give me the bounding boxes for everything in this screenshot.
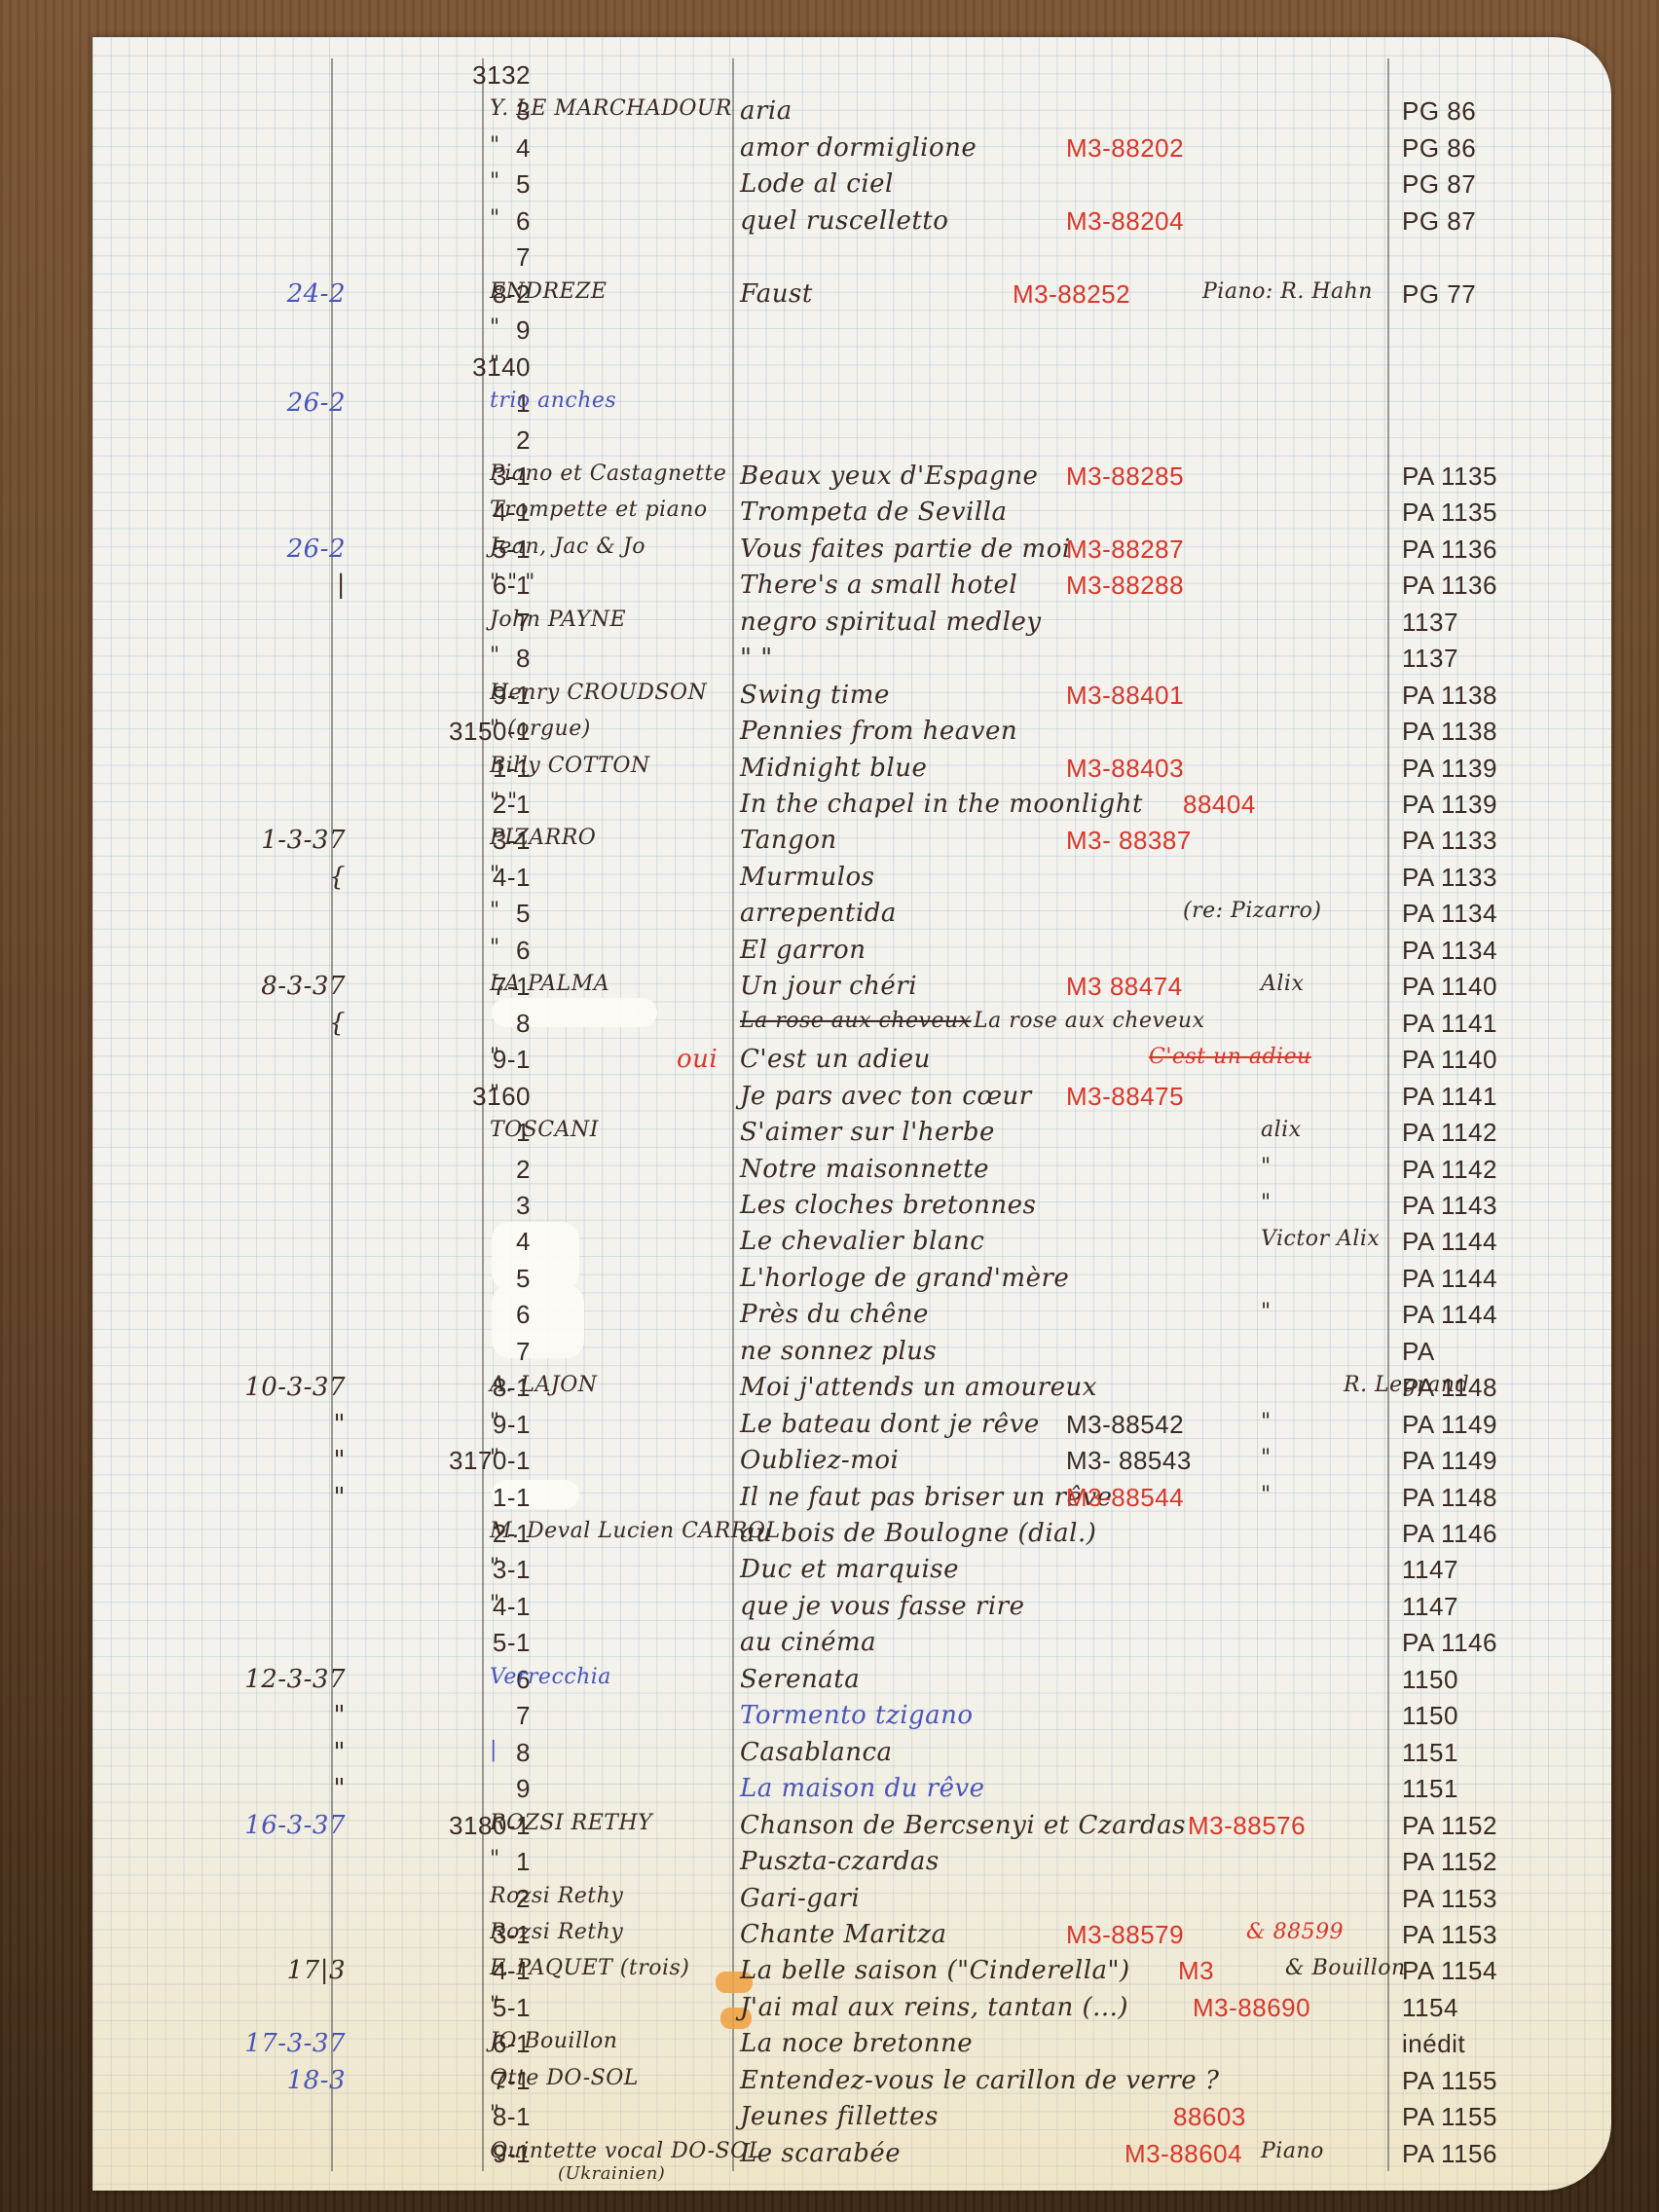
entry-date: 17|3 [170,1956,346,1985]
ledger-row: 5-1"J'ai mal aux reins, tantan (...)M3-8… [92,1989,1611,2025]
ledger-row: 3160"Je pars avec ton cœurM3-88475PA 114… [92,1078,1611,1114]
catalogue-number: PA 1138 [1402,681,1597,711]
ledger-row: 8-1"Jeunes fillettes88603PA 1155 [92,2098,1611,2134]
song-title: Murmulos [740,863,1159,892]
song-title: Jeunes fillettes [740,2102,1159,2131]
ledger-row: 1-3-373-1PIZARROTangonM3- 88387PA 1133 [92,822,1611,858]
catalogue-number: PA 1153 [1402,1920,1597,1950]
ledger-row: 2 [92,422,1611,458]
ledger-row: 1-1Billy COTTONMidnight blueM3-88403PA 1… [92,750,1611,786]
matrix-number: 2 [336,425,531,456]
ledger-row: 1"Puszta-czardasPA 1152 [92,1843,1611,1879]
song-title: La maison du rêve [740,1774,1159,1803]
song-title: Gari-gari [740,1884,1159,1913]
ledger-row: 3Y. LE MARCHADOURariaPG 86 [92,92,1611,129]
song-title: aria [740,96,1159,126]
song-title: C'est un adieu [740,1045,1159,1074]
catalogue-number: PA 1148 [1402,1483,1597,1513]
song-title: negro spiritual medley [740,608,1159,637]
ledger-row: {4-1"MurmulosPA 1133 [92,859,1611,895]
song-title: que je vous fasse rire [740,1592,1159,1621]
entry-date: 1-3-37 [170,826,346,855]
catalogue-number: PA 1141 [1402,1009,1597,1039]
matrix-number: 9 [336,1774,531,1804]
catalogue-number: PA 1134 [1402,936,1597,966]
ledger-row: 9-1"ouiC'est un adieuC'est un adieuPA 11… [92,1041,1611,1077]
entry-date: 17-3-37 [170,2029,346,2058]
ledger-row: 1TOSCANIS'aimer sur l'herbealixPA 1142 [92,1114,1611,1150]
ledger-row: 18-37-1Qtte DO-SOLEntendez-vous le caril… [92,2062,1611,2098]
catalogue-number: 1151 [1402,1774,1597,1804]
catalogue-number: PG 87 [1402,169,1597,200]
matrix-number: 2 [336,1155,531,1185]
catalogue-number: PA 1142 [1402,1118,1597,1148]
matrix-number: 6 [336,1300,531,1330]
catalogue-number: 1150 [1402,1701,1597,1731]
catalogue-number: inédit [1402,2029,1597,2059]
catalogue-number: PA 1154 [1402,1956,1597,1986]
ledger-row: |6-1" " "There's a small hotelM3-88288PA… [92,567,1611,603]
song-title: Le chevalier blanc [740,1227,1159,1256]
matrix-number: 5 [336,1264,531,1294]
catalogue-number: PA [1402,1337,1597,1367]
ledger-row: 2-1" "In the chapel in the moonlight8840… [92,786,1611,822]
catalogue-number: PA 1144 [1402,1300,1597,1330]
ledger-row: 2Rozsi RethyGari-gariPA 1153 [92,1880,1611,1916]
catalogue-number: PG 77 [1402,279,1597,310]
ledger-row: 17|34-1F. PAQUET (trois)La belle saison … [92,1952,1611,1988]
entry-date: { [170,863,346,892]
entry-date: " [170,1446,346,1475]
catalogue-number: PA 1144 [1402,1227,1597,1257]
matrix-number: 3132 [336,60,531,91]
entry-date: 26-2 [170,388,346,418]
ledger-row: 6"El garronPA 1134 [92,932,1611,968]
ledger-row: 5"Lode al cielPG 87 [92,166,1611,202]
song-title: Près du chêne [740,1300,1159,1329]
catalogue-number: PA 1144 [1402,1264,1597,1294]
entry-date: " [170,1483,346,1512]
matrix-reference: M3-88542 [1066,1410,1184,1440]
catalogue-number: PA 1135 [1402,498,1597,528]
song-title: La belle saison ("Cinderella") [740,1956,1159,1985]
ledger-row: 2-1M. Deval Lucien CARROLau bois de Boul… [92,1515,1611,1551]
song-title: Les cloches bretonnes [740,1191,1159,1220]
catalogue-number: PA 1139 [1402,754,1597,784]
song-title: " " [740,644,1159,673]
matrix-reference: M3-88475 [1066,1082,1184,1112]
matrix-reference: M3- 88543 [1066,1446,1192,1476]
ledger-row: 9" [92,312,1611,348]
song-title: Trompeta de Sevilla [740,498,1159,527]
matrix-reference: M3-88576 [1188,1811,1306,1841]
ledger-row: 3Les cloches bretonnes"PA 1143 [92,1187,1611,1223]
song-title: ne sonnez plus [740,1337,1159,1366]
song-title: J'ai mal aux reins, tantan (...) [740,1993,1159,2022]
song-title: L'horloge de grand'mère [740,1264,1159,1293]
entry-date: " [170,1774,346,1803]
entry-date: " [170,1410,346,1439]
matrix-reference: M3-88252 [1013,279,1130,310]
ledger-row: 3150-1" (orgue)Pennies from heavenPA 113… [92,713,1611,749]
ledger-row: 5"arrepentida(re: Pizarro)PA 1134 [92,895,1611,931]
ledger-row: 3132 [92,56,1611,92]
matrix-number: 7 [336,1337,531,1367]
catalogue-number: 1137 [1402,608,1597,638]
catalogue-number: PA 1146 [1402,1519,1597,1549]
catalogue-number: PG 86 [1402,96,1597,127]
song-title: S'aimer sur l'herbe [740,1118,1159,1147]
entry-date: " [170,1701,346,1730]
ledger-row: 3-1Piano et CastagnetteBeaux yeux d'Espa… [92,458,1611,494]
ledger-row: 8"" "1137 [92,640,1611,676]
matrix-reference: 88404 [1183,790,1256,820]
ledger-row: 8-3-377-1LA PALMAUn jour chériM3 88474Al… [92,968,1611,1004]
entry-date: 8-3-37 [170,972,346,1001]
catalogue-number: PA 1149 [1402,1446,1597,1476]
entry-date: 16-3-37 [170,1811,346,1840]
catalogue-number: PA 1133 [1402,863,1597,893]
catalogue-number: 1147 [1402,1555,1597,1585]
song-title: au bois de Boulogne (dial.) [740,1519,1159,1548]
ledger-row: 6"quel ruscellettoM3-88204PG 87 [92,203,1611,239]
song-title: arrepentida [740,899,1159,928]
matrix-reference: M3-88288 [1066,571,1184,601]
ledger-row: 9-1Quintette vocal DO-SOL(Ukrainien)Le s… [92,2135,1611,2171]
song-title: La noce bretonne [740,2029,1159,2058]
song-title: In the chapel in the moonlight [740,790,1159,819]
catalogue-number: PA 1133 [1402,826,1597,856]
matrix-reference: M3 [1178,1956,1214,1986]
ledger-row: 4-1Trompette et pianoTrompeta de Sevilla… [92,494,1611,530]
ledger-row: 16-3-373180-1ROZSI RETHYChanson de Bercs… [92,1807,1611,1843]
entry-date: 10-3-37 [170,1373,346,1402]
catalogue-number: PA 1136 [1402,535,1597,565]
margin-annotation: oui [677,1045,718,1074]
catalogue-number: PA 1134 [1402,899,1597,929]
matrix-reference: M3-88604 [1124,2139,1242,2169]
catalogue-number: PA 1146 [1402,1628,1597,1658]
matrix-reference: M3 88474 [1066,972,1183,1002]
matrix-reference: M3-88690 [1193,1993,1310,2023]
song-title: Puszta-czardas [740,1847,1159,1876]
catalogue-number: PA 1141 [1402,1082,1597,1112]
matrix-reference: M3-88403 [1066,754,1184,784]
catalogue-number: PA 1149 [1402,1410,1597,1440]
song-title: Notre maisonnette [740,1155,1159,1184]
entry-date: | [170,571,346,600]
ledger-row: 4"amor dormiglioneM3-88202PG 86 [92,129,1611,166]
catalogue-number: 1150 [1402,1665,1597,1695]
ledger-row: 2Notre maisonnette"PA 1142 [92,1151,1611,1187]
catalogue-number: PA 1155 [1402,2066,1597,2096]
catalogue-number: PA 1155 [1402,2102,1597,2132]
matrix-number: 5-1 [336,1628,531,1658]
catalogue-number: PA 1153 [1402,1884,1597,1914]
catalogue-number: PA 1148 [1402,1373,1597,1403]
matrix-number: 7 [336,242,531,273]
song-title: Casablanca [740,1738,1159,1767]
matrix-number: 4 [336,1227,531,1257]
entry-date: " [170,1738,346,1767]
ledger-row: {8La rose aux cheveuxLa rose aux cheveux… [92,1005,1611,1041]
matrix-reference: 88603 [1173,2102,1246,2132]
ledger-row: 26-25-1Jean, Jac & JoVous faites partie … [92,531,1611,567]
catalogue-number: PA 1135 [1402,461,1597,492]
song-title: Le scarabée [740,2139,1159,2168]
ledger-row: 4Le chevalier blancVictor AlixPA 1144 [92,1223,1611,1259]
song-title: Serenata [740,1665,1159,1694]
song-title: Moi j'attends un amoureux [740,1373,1159,1402]
matrix-reference: M3-88204 [1066,206,1184,237]
catalogue-number: PA 1152 [1402,1847,1597,1877]
catalogue-number: PA 1136 [1402,571,1597,601]
catalogue-number: PA 1140 [1402,1045,1597,1075]
ledger-row: 9-1Henry CROUDSONSwing timeM3-88401PA 11… [92,677,1611,713]
ledger-row: 5L'horloge de grand'mèrePA 1144 [92,1260,1611,1296]
song-title: au cinéma [740,1628,1159,1657]
matrix-reference: M3-88287 [1066,535,1184,565]
ledger-row: "3170-1"Oubliez-moiM3- 88543"PA 1149 [92,1442,1611,1478]
matrix-reference: M3- 88387 [1066,826,1192,856]
catalogue-number: PA 1142 [1402,1155,1597,1185]
matrix-reference: M3-88544 [1066,1483,1184,1513]
entry-date: { [170,1009,346,1038]
artist-name: " [490,352,826,377]
ledger-row: "9La maison du rêve1151 [92,1770,1611,1806]
ledger-row: 3-1"Duc et marquise1147 [92,1551,1611,1587]
catalogue-number: PA 1138 [1402,717,1597,747]
catalogue-number: 1151 [1402,1738,1597,1768]
ledger-row: 17-3-376-1JO BouillonLa noce bretonneiné… [92,2025,1611,2061]
ledger-row: 5-1au cinémaPA 1146 [92,1624,1611,1660]
matrix-number: 8 [336,1009,531,1039]
ledger-row: "7Tormento tzigano1150 [92,1697,1611,1733]
ledger-row: 3140" [92,349,1611,385]
matrix-reference: M3-88202 [1066,133,1184,164]
catalogue-number: 1147 [1402,1592,1597,1622]
entry-date: 18-3 [170,2066,346,2095]
ledger-row: "8|Casablanca1151 [92,1734,1611,1770]
ledger-row: 4-1"que je vous fasse rire1147 [92,1588,1611,1624]
song-title: Pennies from heaven [740,717,1159,746]
song-title: Tormento tzigano [740,1701,1159,1730]
catalogue-number: PA 1156 [1402,2139,1597,2169]
catalogue-number: PG 87 [1402,206,1597,237]
song-title: El garron [740,936,1159,965]
song-title: Lode al ciel [740,169,1159,199]
catalogue-number: PA 1143 [1402,1191,1597,1221]
annotation: Piano: R. Hahn [1202,279,1397,304]
artist-name: " [490,315,826,340]
song-title: Entendez-vous le carillon de verre ? [740,2066,1159,2095]
ledger-row: "1-1Il ne faut pas briser un rêveM3-8854… [92,1479,1611,1515]
ledger-row: 12-3-376VerrecchiaSerenata1150 [92,1661,1611,1697]
matrix-number: 3 [336,1191,531,1221]
matrix-number: 1-1 [336,1483,531,1513]
matrix-reference: M3-88579 [1066,1920,1184,1950]
ledger-row: "9-1"Le bateau dont je rêveM3-88542"PA 1… [92,1406,1611,1442]
song-title: Duc et marquise [740,1555,1159,1584]
catalogue-number: PA 1152 [1402,1811,1597,1841]
catalogue-number: 1137 [1402,644,1597,674]
matrix-number: 7 [336,1701,531,1731]
ledger-row: 26-21trio anches [92,385,1611,421]
ledger-row: 24-28-2ENDREZEFaustM3-88252Piano: R. Hah… [92,276,1611,312]
ledger-row: 7ne sonnez plusPA [92,1333,1611,1369]
ledger-row: 3-1Rozsi RethyChante MaritzaM3-88579& 88… [92,1916,1611,1952]
ledger-row: 10-3-378-1A. LAJONMoi j'attends un amour… [92,1369,1611,1405]
catalogue-number: PA 1139 [1402,790,1597,820]
matrix-reference: M3-88285 [1066,461,1184,492]
catalogue-number: PA 1140 [1402,972,1597,1002]
note-struck: C'est un adieu [1149,1045,1344,1069]
song-title: Chanson de Bercsenyi et Czardas [740,1811,1159,1840]
matrix-reference: M3-88401 [1066,681,1184,711]
artist-name: trio anches [490,388,826,413]
ledger-row: 7 [92,239,1611,275]
song-title: La rose aux cheveux [974,1009,1392,1033]
entry-date: 12-3-37 [170,1665,346,1694]
annotation: (re: Pizarro) [1183,899,1378,923]
ledger-row: 7John PAYNEnegro spiritual medley1137 [92,604,1611,640]
entry-date: 26-2 [170,535,346,564]
ledger-row: 6Près du chêne"PA 1144 [92,1296,1611,1332]
catalogue-number: 1154 [1402,1993,1597,2023]
catalogue-number: PG 86 [1402,133,1597,164]
entry-date: 24-2 [170,279,346,309]
